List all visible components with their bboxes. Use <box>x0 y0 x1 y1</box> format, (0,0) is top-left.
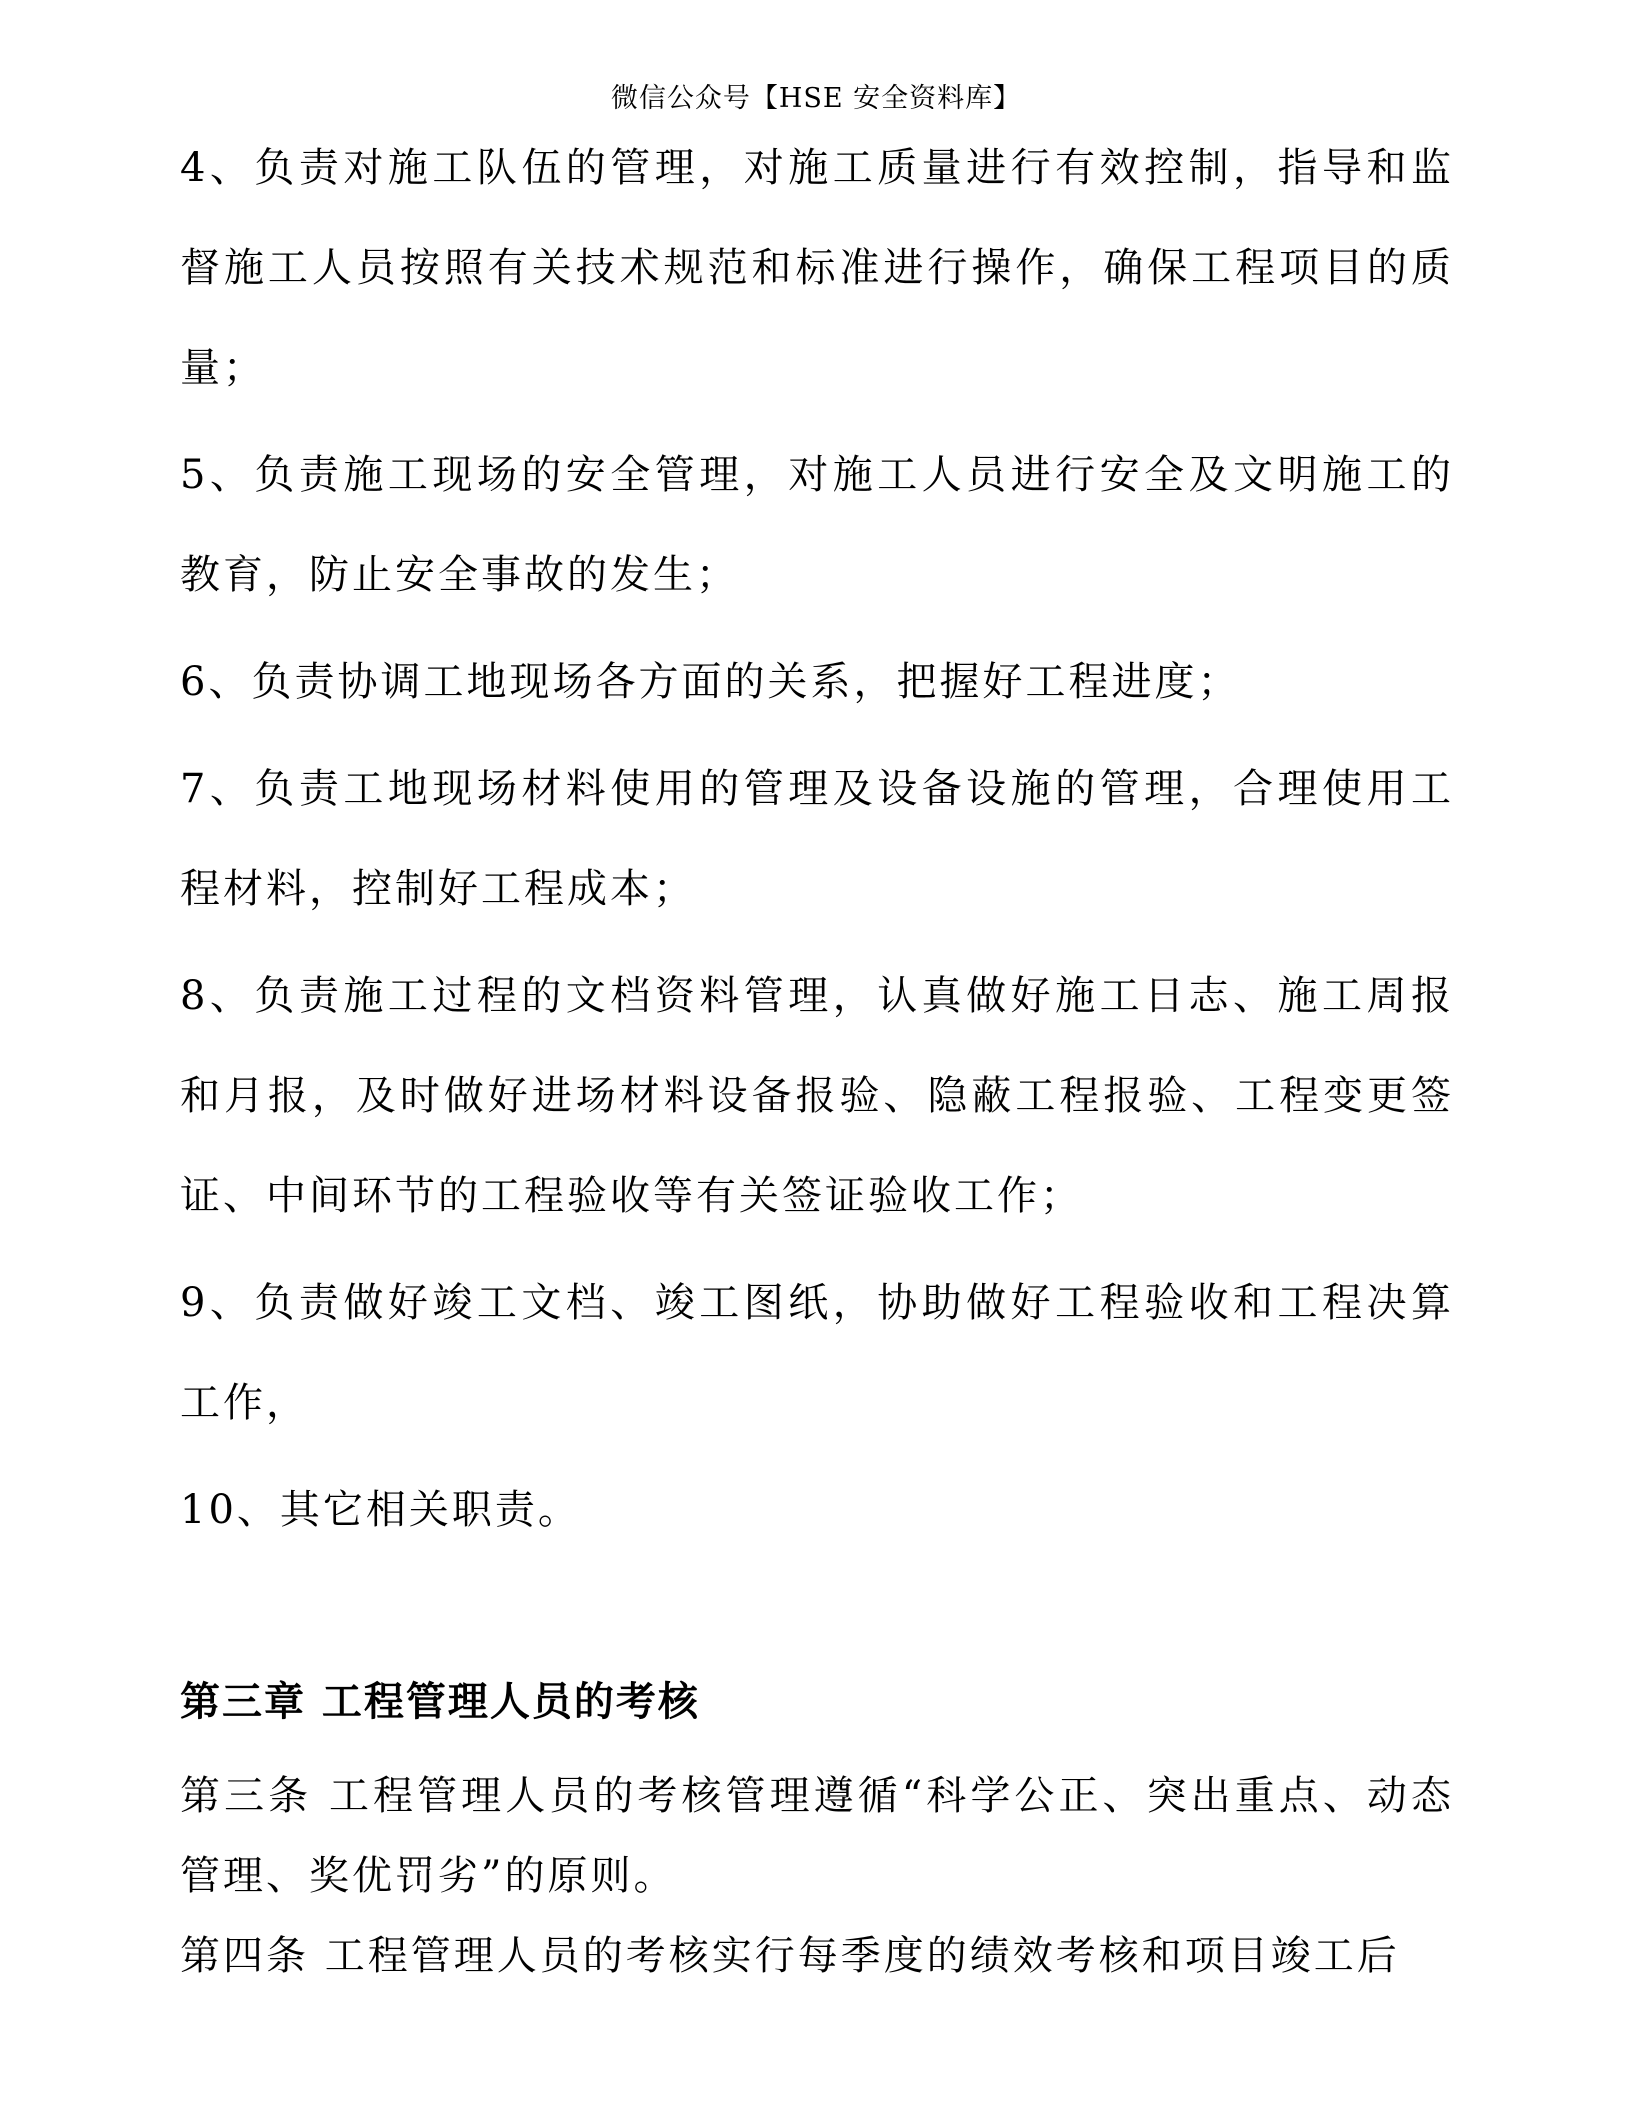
article-4: 第四条 工程管理人员的考核实行每季度的绩效考核和项目竣工后 <box>180 1916 1454 1996</box>
list-item-9: 9、负责做好竣工文档、竣工图纸，协助做好工程验收和工程决算工作， <box>180 1253 1454 1453</box>
page-header-watermark: 微信公众号【HSE 安全资料库】 <box>0 76 1632 115</box>
list-item-5: 5、负责施工现场的安全管理，对施工人员进行安全及文明施工的教育，防止安全事故的发… <box>180 425 1454 625</box>
article-3: 第三条 工程管理人员的考核管理遵循“科学公正、突出重点、动态管理、奖优罚劣”的原… <box>180 1756 1454 1916</box>
list-item-10: 10、其它相关职责。 <box>180 1460 1454 1560</box>
list-item-7: 7、负责工地现场材料使用的管理及设备设施的管理，合理使用工程材料，控制好工程成本… <box>180 739 1454 939</box>
document-page: 微信公众号【HSE 安全资料库】 4、负责对施工队伍的管理，对施工质量进行有效控… <box>0 0 1632 2112</box>
document-body: 4、负责对施工队伍的管理，对施工质量进行有效控制，指导和监督施工人员按照有关技术… <box>180 118 1454 1996</box>
list-item-8: 8、负责施工过程的文档资料管理，认真做好施工日志、施工周报和月报，及时做好进场材… <box>180 946 1454 1246</box>
list-item-4: 4、负责对施工队伍的管理，对施工质量进行有效控制，指导和监督施工人员按照有关技术… <box>180 118 1454 418</box>
list-item-6: 6、负责协调工地现场各方面的关系，把握好工程进度； <box>180 632 1454 732</box>
chapter-heading: 第三章 工程管理人员的考核 <box>180 1652 1454 1752</box>
